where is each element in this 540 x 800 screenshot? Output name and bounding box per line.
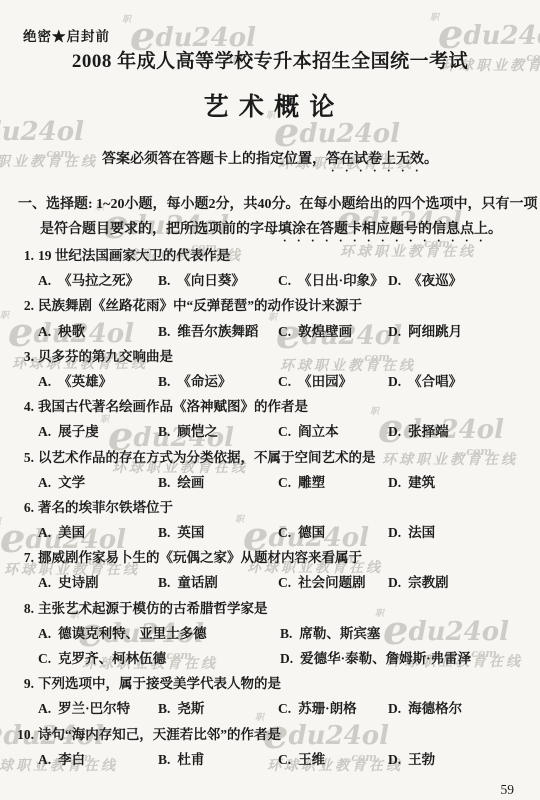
option-row: A.《英雄》 B.《命运》 C.《田园》 D.《合唱》 bbox=[18, 369, 534, 394]
option-d: D.法国 bbox=[388, 520, 534, 545]
question-number: 5. bbox=[24, 445, 34, 470]
classification-label: 绝密★启封前 bbox=[23, 25, 110, 45]
option-label: A. bbox=[38, 273, 51, 288]
option-d: D.王勃 bbox=[388, 747, 534, 772]
question-number: 6. bbox=[24, 495, 34, 520]
question-stem: 民族舞剧《丝路花雨》中“反弹琵琶”的动作设计来源于 bbox=[38, 298, 362, 313]
question-stem: 诗句“海内存知己，天涯若比邻”的作者是 bbox=[38, 727, 281, 742]
section-line2-emphasized: 填涂在答题卡相应题号的信息点上 bbox=[278, 222, 488, 237]
question-list: 1.19 世纪法国画家大卫的代表作是 A.《马拉之死》 B.《向日葵》 C.《日… bbox=[18, 243, 534, 772]
question-3: 3.贝多芬的第九交响曲是 A.《英雄》 B.《命运》 C.《田园》 D.《合唱》 bbox=[18, 344, 534, 394]
question-stem: 挪威剧作家易卜生的《玩偶之家》从题材内容来看属于 bbox=[38, 550, 362, 565]
option-row: A.罗兰·巴尔特 B.尧斯 C.苏珊·朗格 D.海德格尔 bbox=[18, 696, 534, 721]
option-label: C. bbox=[278, 475, 291, 490]
option-row: A.美国 B.英国 C.德国 D.法国 bbox=[18, 520, 534, 545]
option-c: C.雕塑 bbox=[278, 470, 388, 495]
option-text: 德国 bbox=[298, 525, 325, 540]
option-text: 建筑 bbox=[408, 475, 435, 490]
question-6: 6.著名的埃菲尔铁塔位于 A.美国 B.英国 C.德国 D.法国 bbox=[18, 495, 534, 545]
option-text: 秧歌 bbox=[58, 324, 85, 339]
option-text: 《日出·印象》 bbox=[298, 273, 384, 288]
question-stem: 我国古代著名绘画作品《洛神赋图》的作者是 bbox=[38, 399, 308, 414]
option-a: A.史诗剧 bbox=[38, 570, 158, 595]
option-c: C.《田园》 bbox=[278, 369, 388, 394]
option-b: B.英国 bbox=[158, 520, 278, 545]
option-text: 《命运》 bbox=[177, 374, 231, 389]
option-text: 展子虔 bbox=[58, 424, 99, 439]
option-text: 童话剧 bbox=[177, 575, 218, 590]
option-label: B. bbox=[158, 475, 170, 490]
option-text: 《合唱》 bbox=[408, 374, 462, 389]
option-label: C. bbox=[278, 324, 291, 339]
option-text: 宗教剧 bbox=[408, 575, 449, 590]
option-text: 法国 bbox=[408, 525, 435, 540]
option-label: D. bbox=[280, 651, 293, 666]
option-b: B.《命运》 bbox=[158, 369, 278, 394]
page-number: 59 bbox=[501, 782, 515, 798]
question-stem-line: 9.下列选项中，属于接受美学代表人物的是 bbox=[18, 671, 534, 696]
option-b: B.《向日葵》 bbox=[158, 268, 278, 293]
option-label: D. bbox=[388, 273, 401, 288]
question-5: 5.以艺术作品的存在方式为分类依据，不属于空间艺术的是 A.文学 B.绘画 C.… bbox=[18, 445, 534, 495]
option-text: 阎立本 bbox=[298, 424, 339, 439]
section-line2-prefix: 是符合题目要求的，把所选项前的字母 bbox=[40, 222, 278, 237]
option-c: C.敦煌壁画 bbox=[278, 319, 388, 344]
question-stem: 19 世纪法国画家大卫的代表作是 bbox=[38, 248, 230, 263]
section-heading-line1: 一、选择题: 1~20小题，每小题2分，共40分。在每小题给出的四个选项中，只有… bbox=[18, 193, 534, 218]
option-d: D.海德格尔 bbox=[388, 696, 534, 721]
option-label: B. bbox=[280, 626, 292, 641]
option-text: 《马拉之死》 bbox=[58, 273, 139, 288]
question-stem-line: 10.诗句“海内存知己，天涯若比邻”的作者是 bbox=[18, 722, 534, 747]
option-c: C.王维 bbox=[278, 747, 388, 772]
notice-suffix: 。 bbox=[424, 152, 438, 167]
option-a: A.德谟克利特、亚里士多德 bbox=[38, 621, 280, 646]
option-c: C.《日出·印象》 bbox=[278, 268, 388, 293]
option-text: 爱德华·泰勒、詹姆斯·弗雷泽 bbox=[300, 651, 471, 666]
document-content: 绝密★启封前 2008 年成人高等学校专升本招生全国统一考试 艺 术 概 论 答… bbox=[0, 0, 540, 800]
option-d: D.建筑 bbox=[388, 470, 534, 495]
option-label: A. bbox=[38, 575, 51, 590]
question-number: 2. bbox=[24, 293, 34, 318]
option-text: 《向日葵》 bbox=[177, 273, 245, 288]
question-10: 10.诗句“海内存知己，天涯若比邻”的作者是 A.李白 B.杜甫 C.王维 D.… bbox=[18, 722, 534, 772]
option-label: B. bbox=[158, 273, 170, 288]
option-label: C. bbox=[278, 273, 291, 288]
exam-paper-page: 职edu24ol.com 职edu24ol.com 环球职业教育在线 职edu2… bbox=[0, 0, 540, 800]
question-stem: 以艺术作品的存在方式为分类依据，不属于空间艺术的是 bbox=[38, 450, 376, 465]
question-number: 4. bbox=[24, 394, 34, 419]
option-text: 史诗剧 bbox=[58, 575, 99, 590]
option-text: 《夜巡》 bbox=[408, 273, 462, 288]
option-a: A.展子虔 bbox=[38, 419, 158, 444]
option-text: 雕塑 bbox=[298, 475, 325, 490]
question-stem: 著名的埃菲尔铁塔位于 bbox=[38, 500, 173, 515]
option-row: A.秧歌 B.维吾尔族舞蹈 C.敦煌壁画 D.阿细跳月 bbox=[18, 319, 534, 344]
question-stem: 贝多芬的第九交响曲是 bbox=[38, 349, 173, 364]
option-text: 社会问题剧 bbox=[298, 575, 366, 590]
question-7: 7.挪威剧作家易卜生的《玩偶之家》从题材内容来看属于 A.史诗剧 B.童话剧 C… bbox=[18, 545, 534, 595]
option-text: 绘画 bbox=[177, 475, 204, 490]
section-line2-suffix: 。 bbox=[488, 222, 502, 237]
option-label: B. bbox=[158, 525, 170, 540]
option-row: A.展子虔 B.顾恺之 C.阎立本 D.张择端 bbox=[18, 419, 534, 444]
option-label: A. bbox=[38, 324, 51, 339]
option-label: C. bbox=[278, 752, 291, 767]
option-a: A.文学 bbox=[38, 470, 158, 495]
option-label: C. bbox=[38, 651, 51, 666]
question-4: 4.我国古代著名绘画作品《洛神赋图》的作者是 A.展子虔 B.顾恺之 C.阎立本… bbox=[18, 394, 534, 444]
question-stem-line: 7.挪威剧作家易卜生的《玩偶之家》从题材内容来看属于 bbox=[18, 545, 534, 570]
option-a: A.《英雄》 bbox=[38, 369, 158, 394]
option-label: D. bbox=[388, 475, 401, 490]
option-label: A. bbox=[38, 374, 51, 389]
option-label: B. bbox=[158, 324, 170, 339]
option-text: 《田园》 bbox=[298, 374, 352, 389]
option-label: C. bbox=[278, 525, 291, 540]
option-label: C. bbox=[278, 374, 291, 389]
section-heading-line2: 是符合题目要求的，把所选项前的字母填涂在答题卡相应题号的信息点上。 bbox=[40, 218, 534, 245]
option-b: B.维吾尔族舞蹈 bbox=[158, 319, 278, 344]
option-c: C.社会问题剧 bbox=[278, 570, 388, 595]
question-stem-line: 6.著名的埃菲尔铁塔位于 bbox=[18, 495, 534, 520]
option-label: D. bbox=[388, 424, 401, 439]
option-b: B.杜甫 bbox=[158, 747, 278, 772]
option-c: C.苏珊·朗格 bbox=[278, 696, 388, 721]
option-label: D. bbox=[388, 752, 401, 767]
option-a: A.美国 bbox=[38, 520, 158, 545]
option-label: A. bbox=[38, 475, 51, 490]
option-c: C.克罗齐、柯林伍德 bbox=[38, 646, 280, 671]
question-stem-line: 4.我国古代著名绘画作品《洛神赋图》的作者是 bbox=[18, 394, 534, 419]
option-d: D.阿细跳月 bbox=[388, 319, 534, 344]
option-c: C.阎立本 bbox=[278, 419, 388, 444]
question-stem: 下列选项中，属于接受美学代表人物的是 bbox=[38, 676, 281, 691]
option-label: B. bbox=[158, 701, 170, 716]
option-text: 英国 bbox=[177, 525, 204, 540]
question-stem: 主张艺术起源于模仿的古希腊哲学家是 bbox=[38, 601, 268, 616]
question-number: 10. bbox=[17, 722, 34, 747]
option-label: C. bbox=[278, 424, 291, 439]
question-2: 2.民族舞剧《丝路花雨》中“反弹琵琶”的动作设计来源于 A.秧歌 B.维吾尔族舞… bbox=[18, 293, 534, 343]
option-label: D. bbox=[388, 525, 401, 540]
option-text: 张择端 bbox=[408, 424, 449, 439]
option-d: D.张择端 bbox=[388, 419, 534, 444]
option-row: A.《马拉之死》 B.《向日葵》 C.《日出·印象》 D.《夜巡》 bbox=[18, 268, 534, 293]
option-a: A.秧歌 bbox=[38, 319, 158, 344]
option-label: A. bbox=[38, 626, 51, 641]
option-d: D.宗教剧 bbox=[388, 570, 534, 595]
option-text: 维吾尔族舞蹈 bbox=[177, 324, 258, 339]
option-a: A.罗兰·巴尔特 bbox=[38, 696, 158, 721]
option-text: 苏珊·朗格 bbox=[298, 701, 357, 716]
option-d: D.《合唱》 bbox=[388, 369, 534, 394]
question-number: 8. bbox=[24, 596, 34, 621]
option-a: A.李白 bbox=[38, 747, 158, 772]
question-stem-line: 1.19 世纪法国画家大卫的代表作是 bbox=[18, 243, 534, 268]
question-1: 1.19 世纪法国画家大卫的代表作是 A.《马拉之死》 B.《向日葵》 C.《日… bbox=[18, 243, 534, 293]
option-text: 顾恺之 bbox=[177, 424, 218, 439]
exam-title: 2008 年成人高等学校专升本招生全国统一考试 bbox=[0, 46, 540, 73]
option-d: D.《夜巡》 bbox=[388, 268, 534, 293]
option-text: 《英雄》 bbox=[58, 374, 112, 389]
option-b: B.顾恺之 bbox=[158, 419, 278, 444]
option-label: A. bbox=[38, 424, 51, 439]
option-c: C.德国 bbox=[278, 520, 388, 545]
option-row: C.克罗齐、柯林伍德 D.爱德华·泰勒、詹姆斯·弗雷泽 bbox=[18, 646, 534, 671]
question-number: 7. bbox=[24, 545, 34, 570]
option-text: 李白 bbox=[58, 752, 85, 767]
option-row: A.李白 B.杜甫 C.王维 D.王勃 bbox=[18, 747, 534, 772]
option-d: D.爱德华·泰勒、詹姆斯·弗雷泽 bbox=[280, 646, 534, 671]
option-text: 敦煌壁画 bbox=[298, 324, 352, 339]
option-b: B.绘画 bbox=[158, 470, 278, 495]
option-text: 德谟克利特、亚里士多德 bbox=[58, 626, 207, 641]
option-label: A. bbox=[38, 701, 51, 716]
option-text: 尧斯 bbox=[177, 701, 204, 716]
question-stem-line: 5.以艺术作品的存在方式为分类依据，不属于空间艺术的是 bbox=[18, 445, 534, 470]
answer-notice: 答案必须答在答题卡上的指定位置，答在试卷上无效。 bbox=[0, 148, 540, 175]
option-b: B.尧斯 bbox=[158, 696, 278, 721]
option-text: 王维 bbox=[298, 752, 325, 767]
option-label: A. bbox=[38, 525, 51, 540]
option-label: A. bbox=[38, 752, 51, 767]
question-number: 9. bbox=[24, 671, 34, 696]
option-label: B. bbox=[158, 374, 170, 389]
option-label: D. bbox=[388, 575, 401, 590]
option-text: 罗兰·巴尔特 bbox=[58, 701, 130, 716]
section-heading: 一、选择题: 1~20小题，每小题2分，共40分。在每小题给出的四个选项中，只有… bbox=[18, 193, 534, 245]
subject-title: 艺 术 概 论 bbox=[0, 87, 540, 123]
option-row: A.文学 B.绘画 C.雕塑 D.建筑 bbox=[18, 470, 534, 495]
option-a: A.《马拉之死》 bbox=[38, 268, 158, 293]
option-row: A.史诗剧 B.童话剧 C.社会问题剧 D.宗教剧 bbox=[18, 570, 534, 595]
option-label: D. bbox=[388, 324, 401, 339]
question-number: 1. bbox=[24, 243, 34, 268]
option-label: D. bbox=[388, 374, 401, 389]
option-b: B.童话剧 bbox=[158, 570, 278, 595]
option-text: 王勃 bbox=[408, 752, 435, 767]
question-9: 9.下列选项中，属于接受美学代表人物的是 A.罗兰·巴尔特 B.尧斯 C.苏珊·… bbox=[18, 671, 534, 721]
option-text: 文学 bbox=[58, 475, 85, 490]
option-text: 席勒、斯宾塞 bbox=[299, 626, 380, 641]
option-row: A.德谟克利特、亚里士多德 B.席勒、斯宾塞 bbox=[18, 621, 534, 646]
notice-prefix: 答案必须答在答题卡上的指定位置， bbox=[102, 152, 326, 167]
option-text: 海德格尔 bbox=[408, 701, 462, 716]
option-text: 杜甫 bbox=[177, 752, 204, 767]
question-stem-line: 2.民族舞剧《丝路花雨》中“反弹琵琶”的动作设计来源于 bbox=[18, 293, 534, 318]
option-label: B. bbox=[158, 752, 170, 767]
question-8: 8.主张艺术起源于模仿的古希腊哲学家是 A.德谟克利特、亚里士多德 B.席勒、斯… bbox=[18, 596, 534, 672]
option-label: C. bbox=[278, 575, 291, 590]
option-label: B. bbox=[158, 424, 170, 439]
option-text: 克罗齐、柯林伍德 bbox=[58, 651, 166, 666]
option-label: D. bbox=[388, 701, 401, 716]
option-label: C. bbox=[278, 701, 291, 716]
option-label: B. bbox=[158, 575, 170, 590]
question-number: 3. bbox=[24, 344, 34, 369]
option-text: 阿细跳月 bbox=[408, 324, 462, 339]
question-stem-line: 3.贝多芬的第九交响曲是 bbox=[18, 344, 534, 369]
notice-emphasized: 答在试卷上无效 bbox=[326, 152, 424, 167]
question-stem-line: 8.主张艺术起源于模仿的古希腊哲学家是 bbox=[18, 596, 534, 621]
option-b: B.席勒、斯宾塞 bbox=[280, 621, 534, 646]
option-text: 美国 bbox=[58, 525, 85, 540]
